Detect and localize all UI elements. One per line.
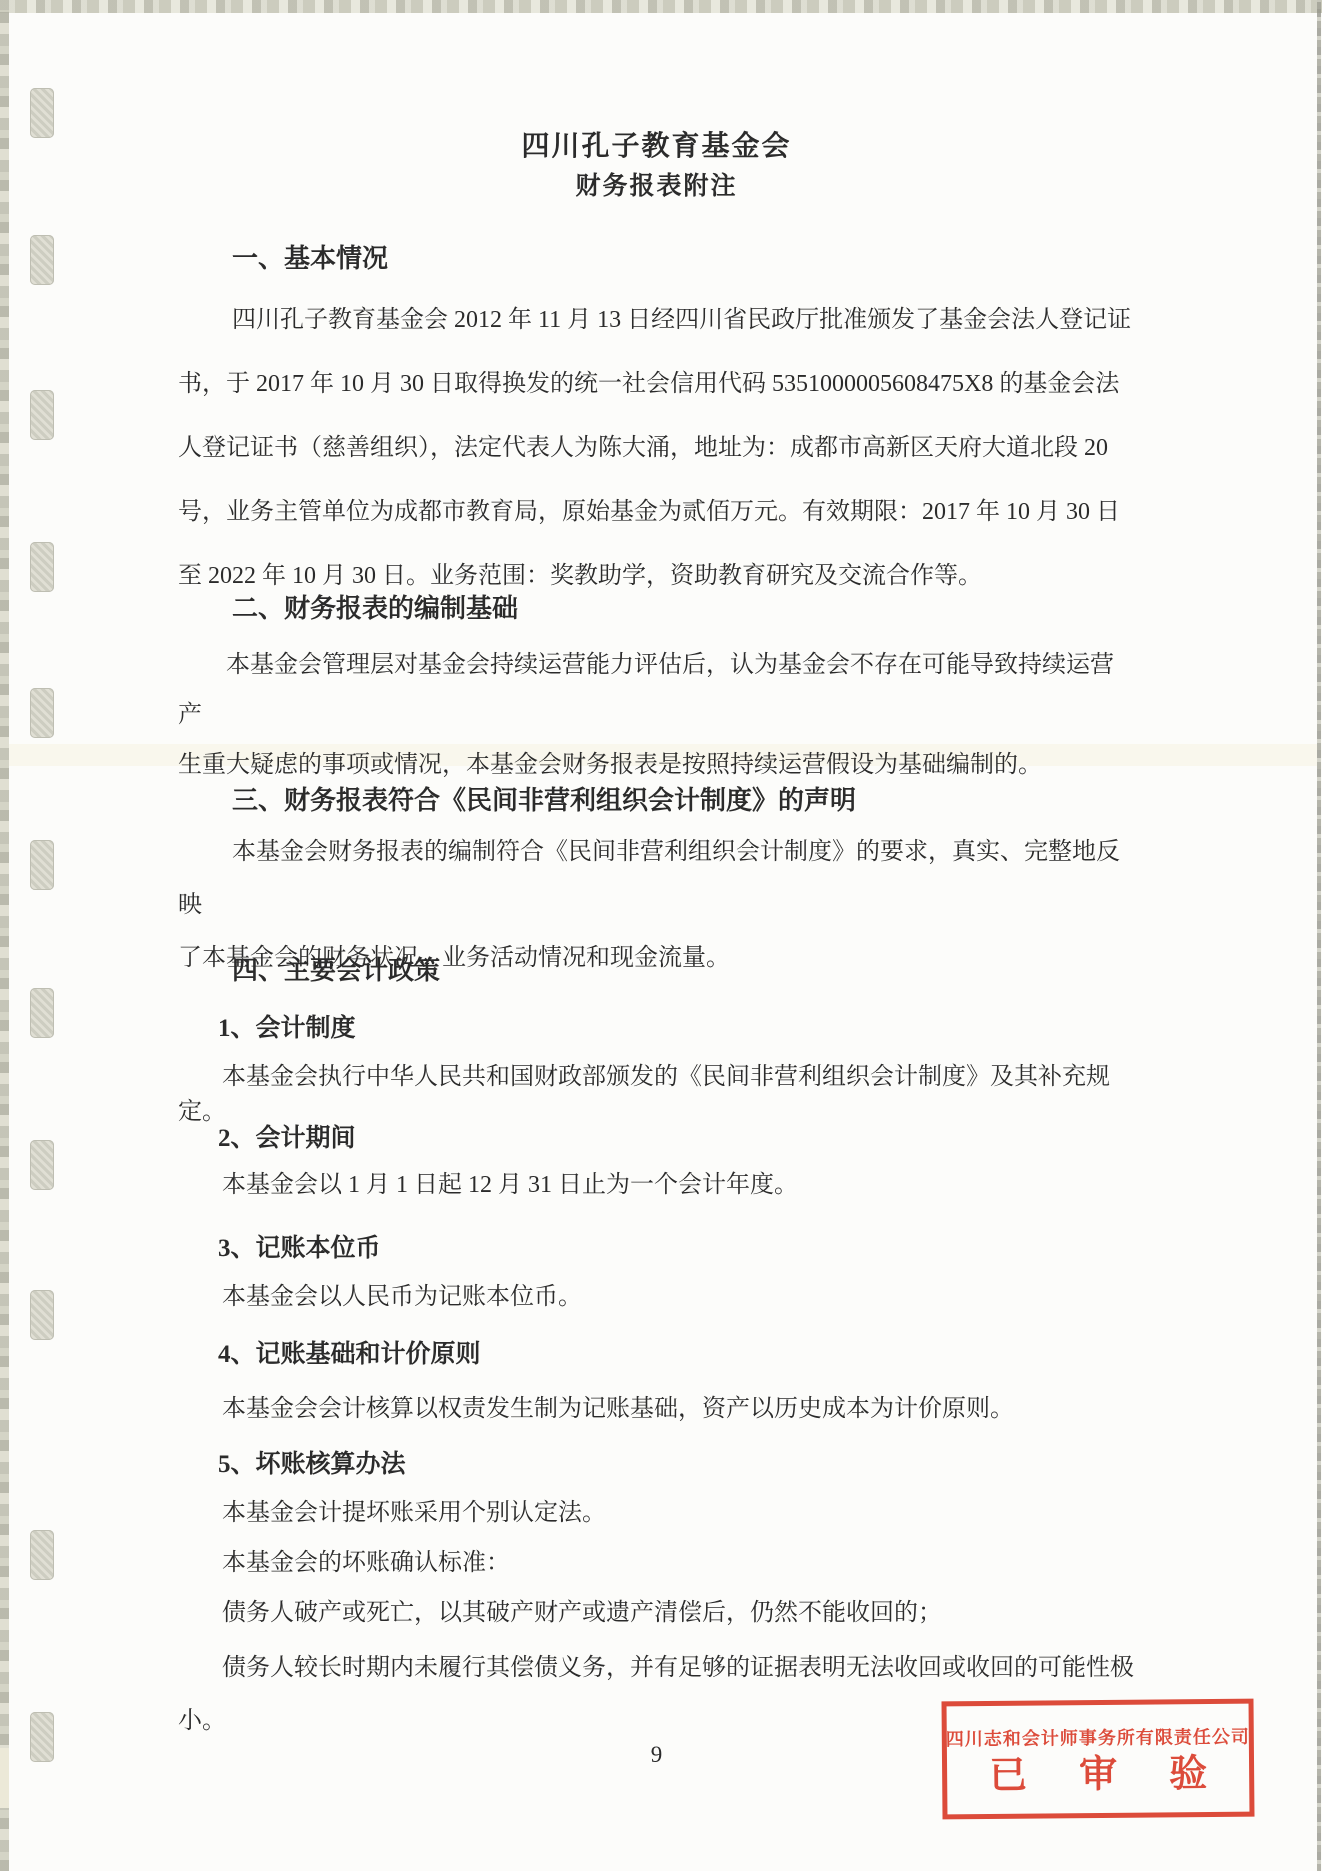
- scanned-document-page: 四川孔子教育基金会 财务报表附注 一、基本情况 四川孔子教育基金会 2012 年…: [0, 0, 1322, 1871]
- binding-hole-mark: [30, 1712, 54, 1762]
- paragraph-preparation-basis: 本基金会管理层对基金会持续运营能力评估后，认为基金会不存在可能导致持续运营产 生…: [178, 640, 1135, 790]
- binding-hole-mark: [30, 1290, 54, 1340]
- audit-stamp-status: 已审验: [989, 1755, 1259, 1795]
- subsection-heading-functional-currency: 3、记账本位币: [178, 1228, 1135, 1264]
- paragraph-basic-info: 四川孔子教育基金会 2012 年 11 月 13 日经四川省民政厅批准颁发了基金…: [178, 288, 1135, 608]
- paragraph-bad-debt-criterion-1: 债务人破产或死亡，以其破产财产或遗产清偿后，仍然不能收回的；: [178, 1592, 1135, 1627]
- paragraph-bad-debt-criteria-intro: 本基金会的坏账确认标准：: [178, 1542, 1135, 1577]
- subsection-heading-accounting-period: 2、会计期间: [178, 1118, 1135, 1154]
- paragraph-bookkeeping-basis: 本基金会会计核算以权责发生制为记账基础，资产以历史成本为计价原则。: [178, 1388, 1135, 1423]
- audit-stamp-company-name: 四川志和会计师事务所有限责任公司: [946, 1723, 1250, 1752]
- subsection-heading-bad-debt-method: 5、坏账核算办法: [178, 1444, 1135, 1480]
- scan-edge-left: [0, 10, 9, 1871]
- doc-title: 四川孔子教育基金会: [178, 124, 1135, 164]
- binding-hole-mark: [30, 1140, 54, 1190]
- paragraph-accounting-period: 本基金会以 1 月 1 日起 12 月 31 日止为一个会计年度。: [178, 1164, 1135, 1199]
- binding-hole-mark: [30, 542, 54, 592]
- binding-hole-mark: [30, 988, 54, 1038]
- binding-hole-mark: [30, 688, 54, 738]
- binding-hole-mark: [30, 235, 54, 285]
- scan-edge-left-highlight: [0, 1748, 9, 1808]
- binding-hole-mark: [30, 840, 54, 890]
- binding-hole-mark: [30, 390, 54, 440]
- section-heading-accounting-policies: 四、主要会计政策: [178, 950, 1135, 987]
- paragraph-bad-debt-method: 本基金会计提坏账采用个别认定法。: [178, 1492, 1135, 1527]
- section-heading-compliance-statement: 三、财务报表符合《民间非营利组织会计制度》的声明: [178, 780, 1135, 817]
- audit-stamp: 四川志和会计师事务所有限责任公司 已审验: [941, 1699, 1254, 1820]
- binding-hole-mark: [30, 88, 54, 138]
- section-heading-basic-info: 一、基本情况: [178, 238, 1135, 275]
- scan-edge-top: [0, 0, 1322, 13]
- section-heading-preparation-basis: 二、财务报表的编制基础: [178, 588, 1135, 625]
- scan-edge-right: [1317, 0, 1321, 1871]
- paragraph-functional-currency: 本基金会以人民币为记账本位币。: [178, 1276, 1135, 1311]
- doc-subtitle: 财务报表附注: [178, 166, 1135, 202]
- subsection-heading-bookkeeping-basis: 4、记账基础和计价原则: [178, 1334, 1135, 1370]
- paragraph-accounting-system: 本基金会执行中华人民共和国财政部颁发的《民间非营利组织会计制度》及其补充规定。: [178, 1056, 1135, 1126]
- binding-hole-mark: [30, 1530, 54, 1580]
- subsection-heading-accounting-system: 1、会计制度: [178, 1008, 1135, 1044]
